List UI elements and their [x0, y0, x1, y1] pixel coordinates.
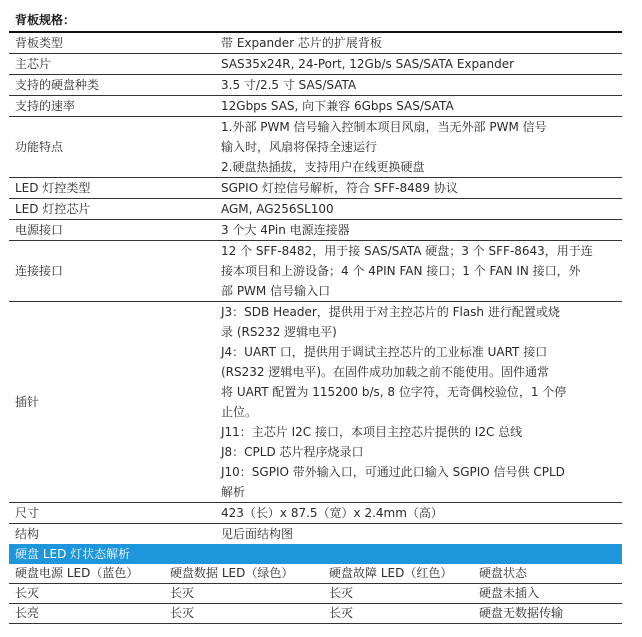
spec-value-line: AGM, AG256SL100: [221, 199, 622, 219]
spec-row-pin-headers: 插针 J3：SDB Header，提供用于对主控芯片的 Flash 进行配置或烧…: [9, 302, 622, 503]
spec-table: 背板类型 带 Expander 芯片的扩展背板 主芯片 SAS35x24R, 2…: [9, 31, 622, 544]
table-cell: 长灭: [164, 584, 323, 604]
led-table-header-row: 硬盘电源 LED（蓝色） 硬盘数据 LED（绿色） 硬盘故障 LED（红色） 硬…: [9, 564, 622, 584]
spec-row-power-interface: 电源接口 3 个大 4Pin 电源连接器: [9, 220, 622, 241]
section-title: 背板规格：: [15, 12, 75, 28]
table-cell: 长灭: [323, 604, 473, 624]
spec-value-line: 接本项目和上游设备；4 个 4PIN FAN 接口；1 个 FAN IN 接口，…: [221, 261, 622, 281]
spec-row-led-control-type: LED 灯控类型 SGPIO 灯控信号解析，符合 SFF-8489 协议: [9, 178, 622, 199]
column-header-disk-status: 硬盘状态: [473, 564, 622, 584]
spec-row-backplane-type: 背板类型 带 Expander 芯片的扩展背板: [9, 32, 622, 54]
spec-value-line: SGPIO 灯控信号解析，符合 SFF-8489 协议: [221, 178, 622, 198]
spec-value-line: 将 UART 配置为 115200 b/s, 8 位字符，无奇偶校验位，1 个停: [221, 382, 622, 402]
spec-value-line: J4：UART 口，提供用于调试主控芯片的工业标准 UART 接口: [221, 342, 622, 362]
spec-value: J3：SDB Header，提供用于对主控芯片的 Flash 进行配置或烧 录 …: [217, 302, 622, 503]
spec-value: 12Gbps SAS, 向下兼容 6Gbps SAS/SATA: [217, 96, 622, 117]
table-row: 长灭 长灭 长灭 硬盘未插入: [9, 584, 622, 604]
column-header-fault-led: 硬盘故障 LED（红色）: [323, 564, 473, 584]
spec-value: AGM, AG256SL100: [217, 199, 622, 220]
spec-value-line: 解析: [221, 482, 622, 502]
spec-value-line: 3.5 寸/2.5 寸 SAS/SATA: [221, 75, 622, 95]
spec-label: 电源接口: [9, 220, 217, 241]
spec-label: 支持的速率: [9, 96, 217, 117]
spec-row-disk-types: 支持的硬盘种类 3.5 寸/2.5 寸 SAS/SATA: [9, 75, 622, 96]
spec-row-connectors: 连接接口 12 个 SFF-8482，用于接 SAS/SATA 硬盘；3 个 S…: [9, 241, 622, 302]
table-cell: 硬盘无数据传输: [473, 604, 622, 624]
spec-label: LED 灯控类型: [9, 178, 217, 199]
spec-value-line: 2.硬盘热插拔，支持用户在线更换硬盘: [221, 157, 622, 177]
led-status-section: 硬盘 LED 灯状态解析 硬盘电源 LED（蓝色） 硬盘数据 LED（绿色） 硬…: [9, 544, 622, 624]
spec-value-line: 12 个 SFF-8482，用于接 SAS/SATA 硬盘；3 个 SFF-86…: [221, 241, 622, 261]
spec-label: 插针: [9, 302, 217, 503]
spec-label: 结构: [9, 524, 217, 545]
spec-value-line: 止位。: [221, 402, 622, 422]
spec-row-features: 功能特点 1.外部 PWM 信号输入控制本项目风扇，当无外部 PWM 信号 输入…: [9, 117, 622, 178]
spec-label: 背板类型: [9, 32, 217, 54]
spec-value: 带 Expander 芯片的扩展背板: [217, 32, 622, 54]
spec-row-led-control-chip: LED 灯控芯片 AGM, AG256SL100: [9, 199, 622, 220]
spec-value: 423（长）x 87.5（宽）x 2.4mm（高）: [217, 503, 622, 524]
spec-label: 主芯片: [9, 54, 217, 75]
table-cell: 长灭: [9, 584, 164, 604]
spec-row-speed: 支持的速率 12Gbps SAS, 向下兼容 6Gbps SAS/SATA: [9, 96, 622, 117]
spec-value: SAS35x24R, 24-Port, 12Gb/s SAS/SATA Expa…: [217, 54, 622, 75]
spec-row-structure: 结构 见后面结构图: [9, 524, 622, 545]
table-cell: 长灭: [164, 604, 323, 624]
spec-value-line: 423（长）x 87.5（宽）x 2.4mm（高）: [221, 503, 622, 523]
spec-value-line: 1.外部 PWM 信号输入控制本项目风扇，当无外部 PWM 信号: [221, 117, 622, 137]
column-header-data-led: 硬盘数据 LED（绿色）: [164, 564, 323, 584]
spec-value-line: SAS35x24R, 24-Port, 12Gb/s SAS/SATA Expa…: [221, 54, 622, 74]
table-cell: 硬盘未插入: [473, 584, 622, 604]
spec-value: 3 个大 4Pin 电源连接器: [217, 220, 622, 241]
spec-value-line: J11：主芯片 I2C 接口，本项目主控芯片提供的 I2C 总线: [221, 422, 622, 442]
spec-value-line: 带 Expander 芯片的扩展背板: [221, 33, 622, 53]
spec-label: 尺寸: [9, 503, 217, 524]
spec-value: 12 个 SFF-8482，用于接 SAS/SATA 硬盘；3 个 SFF-86…: [217, 241, 622, 302]
led-table-title: 硬盘 LED 灯状态解析: [9, 544, 622, 564]
column-header-power-led: 硬盘电源 LED（蓝色）: [9, 564, 164, 584]
table-row: 长亮 长灭 长灭 硬盘无数据传输: [9, 604, 622, 624]
spec-value: 见后面结构图: [217, 524, 622, 545]
spec-value-line: J10：SGPIO 带外输入口，可通过此口输入 SGPIO 信号供 CPLD: [221, 462, 622, 482]
spec-label: LED 灯控芯片: [9, 199, 217, 220]
spec-label: 支持的硬盘种类: [9, 75, 217, 96]
spec-label: 连接接口: [9, 241, 217, 302]
spec-label: 功能特点: [9, 117, 217, 178]
spec-value: SGPIO 灯控信号解析，符合 SFF-8489 协议: [217, 178, 622, 199]
led-status-table: 硬盘电源 LED（蓝色） 硬盘数据 LED（绿色） 硬盘故障 LED（红色） 硬…: [9, 564, 622, 624]
spec-value-line: 见后面结构图: [221, 524, 622, 544]
spec-value-line: J3：SDB Header，提供用于对主控芯片的 Flash 进行配置或烧: [221, 302, 622, 322]
spec-value-line: 部 PWM 信号输入口: [221, 281, 622, 301]
spec-value-line: 3 个大 4Pin 电源连接器: [221, 220, 622, 240]
spec-value-line: (RS232 逻辑电平)。在固件成功加载之前不能使用。固件通常: [221, 362, 622, 382]
spec-value: 3.5 寸/2.5 寸 SAS/SATA: [217, 75, 622, 96]
spec-row-main-chip: 主芯片 SAS35x24R, 24-Port, 12Gb/s SAS/SATA …: [9, 54, 622, 75]
spec-row-dimensions: 尺寸 423（长）x 87.5（宽）x 2.4mm（高）: [9, 503, 622, 524]
spec-value-line: 录 (RS232 逻辑电平): [221, 322, 622, 342]
spec-value-line: 12Gbps SAS, 向下兼容 6Gbps SAS/SATA: [221, 96, 622, 116]
spec-value-line: J8：CPLD 芯片程序烧录口: [221, 442, 622, 462]
spec-value-line: 输入时，风扇将保持全速运行: [221, 137, 622, 157]
spec-value: 1.外部 PWM 信号输入控制本项目风扇，当无外部 PWM 信号 输入时，风扇将…: [217, 117, 622, 178]
table-cell: 长灭: [323, 584, 473, 604]
table-cell: 长亮: [9, 604, 164, 624]
